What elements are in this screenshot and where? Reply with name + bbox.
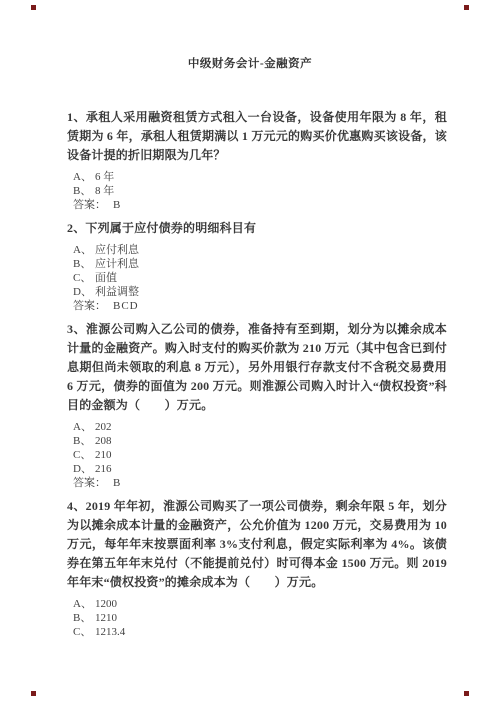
corner-mark-top-right xyxy=(464,5,469,10)
option-value: 1213.4 xyxy=(95,626,125,638)
option-row: D、216 xyxy=(73,462,447,476)
option-letter: B、 xyxy=(73,184,95,198)
corner-mark-bottom-left xyxy=(31,691,36,696)
option-value: 208 xyxy=(95,435,112,447)
option-row: B、应计利息 xyxy=(73,257,447,271)
option-row: B、1210 xyxy=(73,611,447,625)
question-stem: 4、2019 年年初，淮源公司购买了一项公司债券，剩余年限 5 年，划分为以摊余… xyxy=(67,497,447,592)
option-letter: B、 xyxy=(73,434,95,448)
corner-mark-top-left xyxy=(31,5,36,10)
option-letter: A、 xyxy=(73,170,95,184)
option-row: A、1200 xyxy=(73,597,447,611)
question-3: 3、淮源公司购入乙公司的债券，准备持有至到期，划分为以摊余成本计量的金融资产。购… xyxy=(67,320,447,490)
answer-value: B xyxy=(113,199,121,211)
option-value: 210 xyxy=(95,449,112,461)
question-1: 1、承租人采用融资租赁方式租入一台设备，设备使用年限为 8 年，租赁期为 6 年… xyxy=(67,108,447,212)
answer-label: 答案： xyxy=(73,476,113,490)
option-letter: D、 xyxy=(73,285,95,299)
question-2: 2、下列属于应付债券的明细科目有 A、应付利息 B、应计利息 C、面值 D、利益… xyxy=(67,219,447,313)
answer-row: 答案：BCD xyxy=(73,299,447,313)
option-value: 202 xyxy=(95,421,112,433)
question-stem: 2、下列属于应付债券的明细科目有 xyxy=(67,219,447,238)
option-letter: C、 xyxy=(73,448,95,462)
option-row: A、应付利息 xyxy=(73,243,447,257)
document-title: 中级财务会计-金融资产 xyxy=(0,0,500,71)
option-letter: C、 xyxy=(73,271,95,285)
question-options: A、应付利息 B、应计利息 C、面值 D、利益调整 答案：BCD xyxy=(73,243,447,313)
option-value: 面值 xyxy=(95,272,117,284)
option-letter: A、 xyxy=(73,243,95,257)
question-stem: 3、淮源公司购入乙公司的债券，准备持有至到期，划分为以摊余成本计量的金融资产。购… xyxy=(67,320,447,415)
option-row: C、面值 xyxy=(73,271,447,285)
question-options: A、1200 B、1210 C、1213.4 xyxy=(73,597,447,639)
option-row: D、利益调整 xyxy=(73,285,447,299)
option-value: 1200 xyxy=(95,598,117,610)
option-value: 应付利息 xyxy=(95,244,139,256)
option-value: 利益调整 xyxy=(95,286,139,298)
option-row: A、6 年 xyxy=(73,170,447,184)
question-stem: 1、承租人采用融资租赁方式租入一台设备，设备使用年限为 8 年，租赁期为 6 年… xyxy=(67,108,447,165)
answer-label: 答案： xyxy=(73,299,113,313)
question-options: A、6 年 B、8 年 答案：B xyxy=(73,170,447,212)
document-content: 1、承租人采用融资租赁方式租入一台设备，设备使用年限为 8 年，租赁期为 6 年… xyxy=(67,108,447,639)
answer-label: 答案： xyxy=(73,198,113,212)
option-letter: B、 xyxy=(73,611,95,625)
option-value: 216 xyxy=(95,463,112,475)
option-letter: A、 xyxy=(73,597,95,611)
question-4: 4、2019 年年初，淮源公司购买了一项公司债券，剩余年限 5 年，划分为以摊余… xyxy=(67,497,447,639)
question-options: A、202 B、208 C、210 D、216 答案：B xyxy=(73,420,447,490)
answer-row: 答案：B xyxy=(73,198,447,212)
option-row: C、1213.4 xyxy=(73,625,447,639)
option-row: B、8 年 xyxy=(73,184,447,198)
option-value: 1210 xyxy=(95,612,117,624)
answer-row: 答案：B xyxy=(73,476,447,490)
corner-mark-bottom-right xyxy=(464,691,469,696)
answer-value: BCD xyxy=(113,300,139,312)
option-row: B、208 xyxy=(73,434,447,448)
answer-value: B xyxy=(113,477,121,489)
option-row: A、202 xyxy=(73,420,447,434)
option-row: C、210 xyxy=(73,448,447,462)
option-value: 应计利息 xyxy=(95,258,139,270)
option-value: 6 年 xyxy=(95,171,114,183)
option-letter: D、 xyxy=(73,462,95,476)
option-letter: A、 xyxy=(73,420,95,434)
option-letter: B、 xyxy=(73,257,95,271)
option-value: 8 年 xyxy=(95,185,114,197)
document-page: 中级财务会计-金融资产 1、承租人采用融资租赁方式租入一台设备，设备使用年限为 … xyxy=(0,0,500,707)
option-letter: C、 xyxy=(73,625,95,639)
